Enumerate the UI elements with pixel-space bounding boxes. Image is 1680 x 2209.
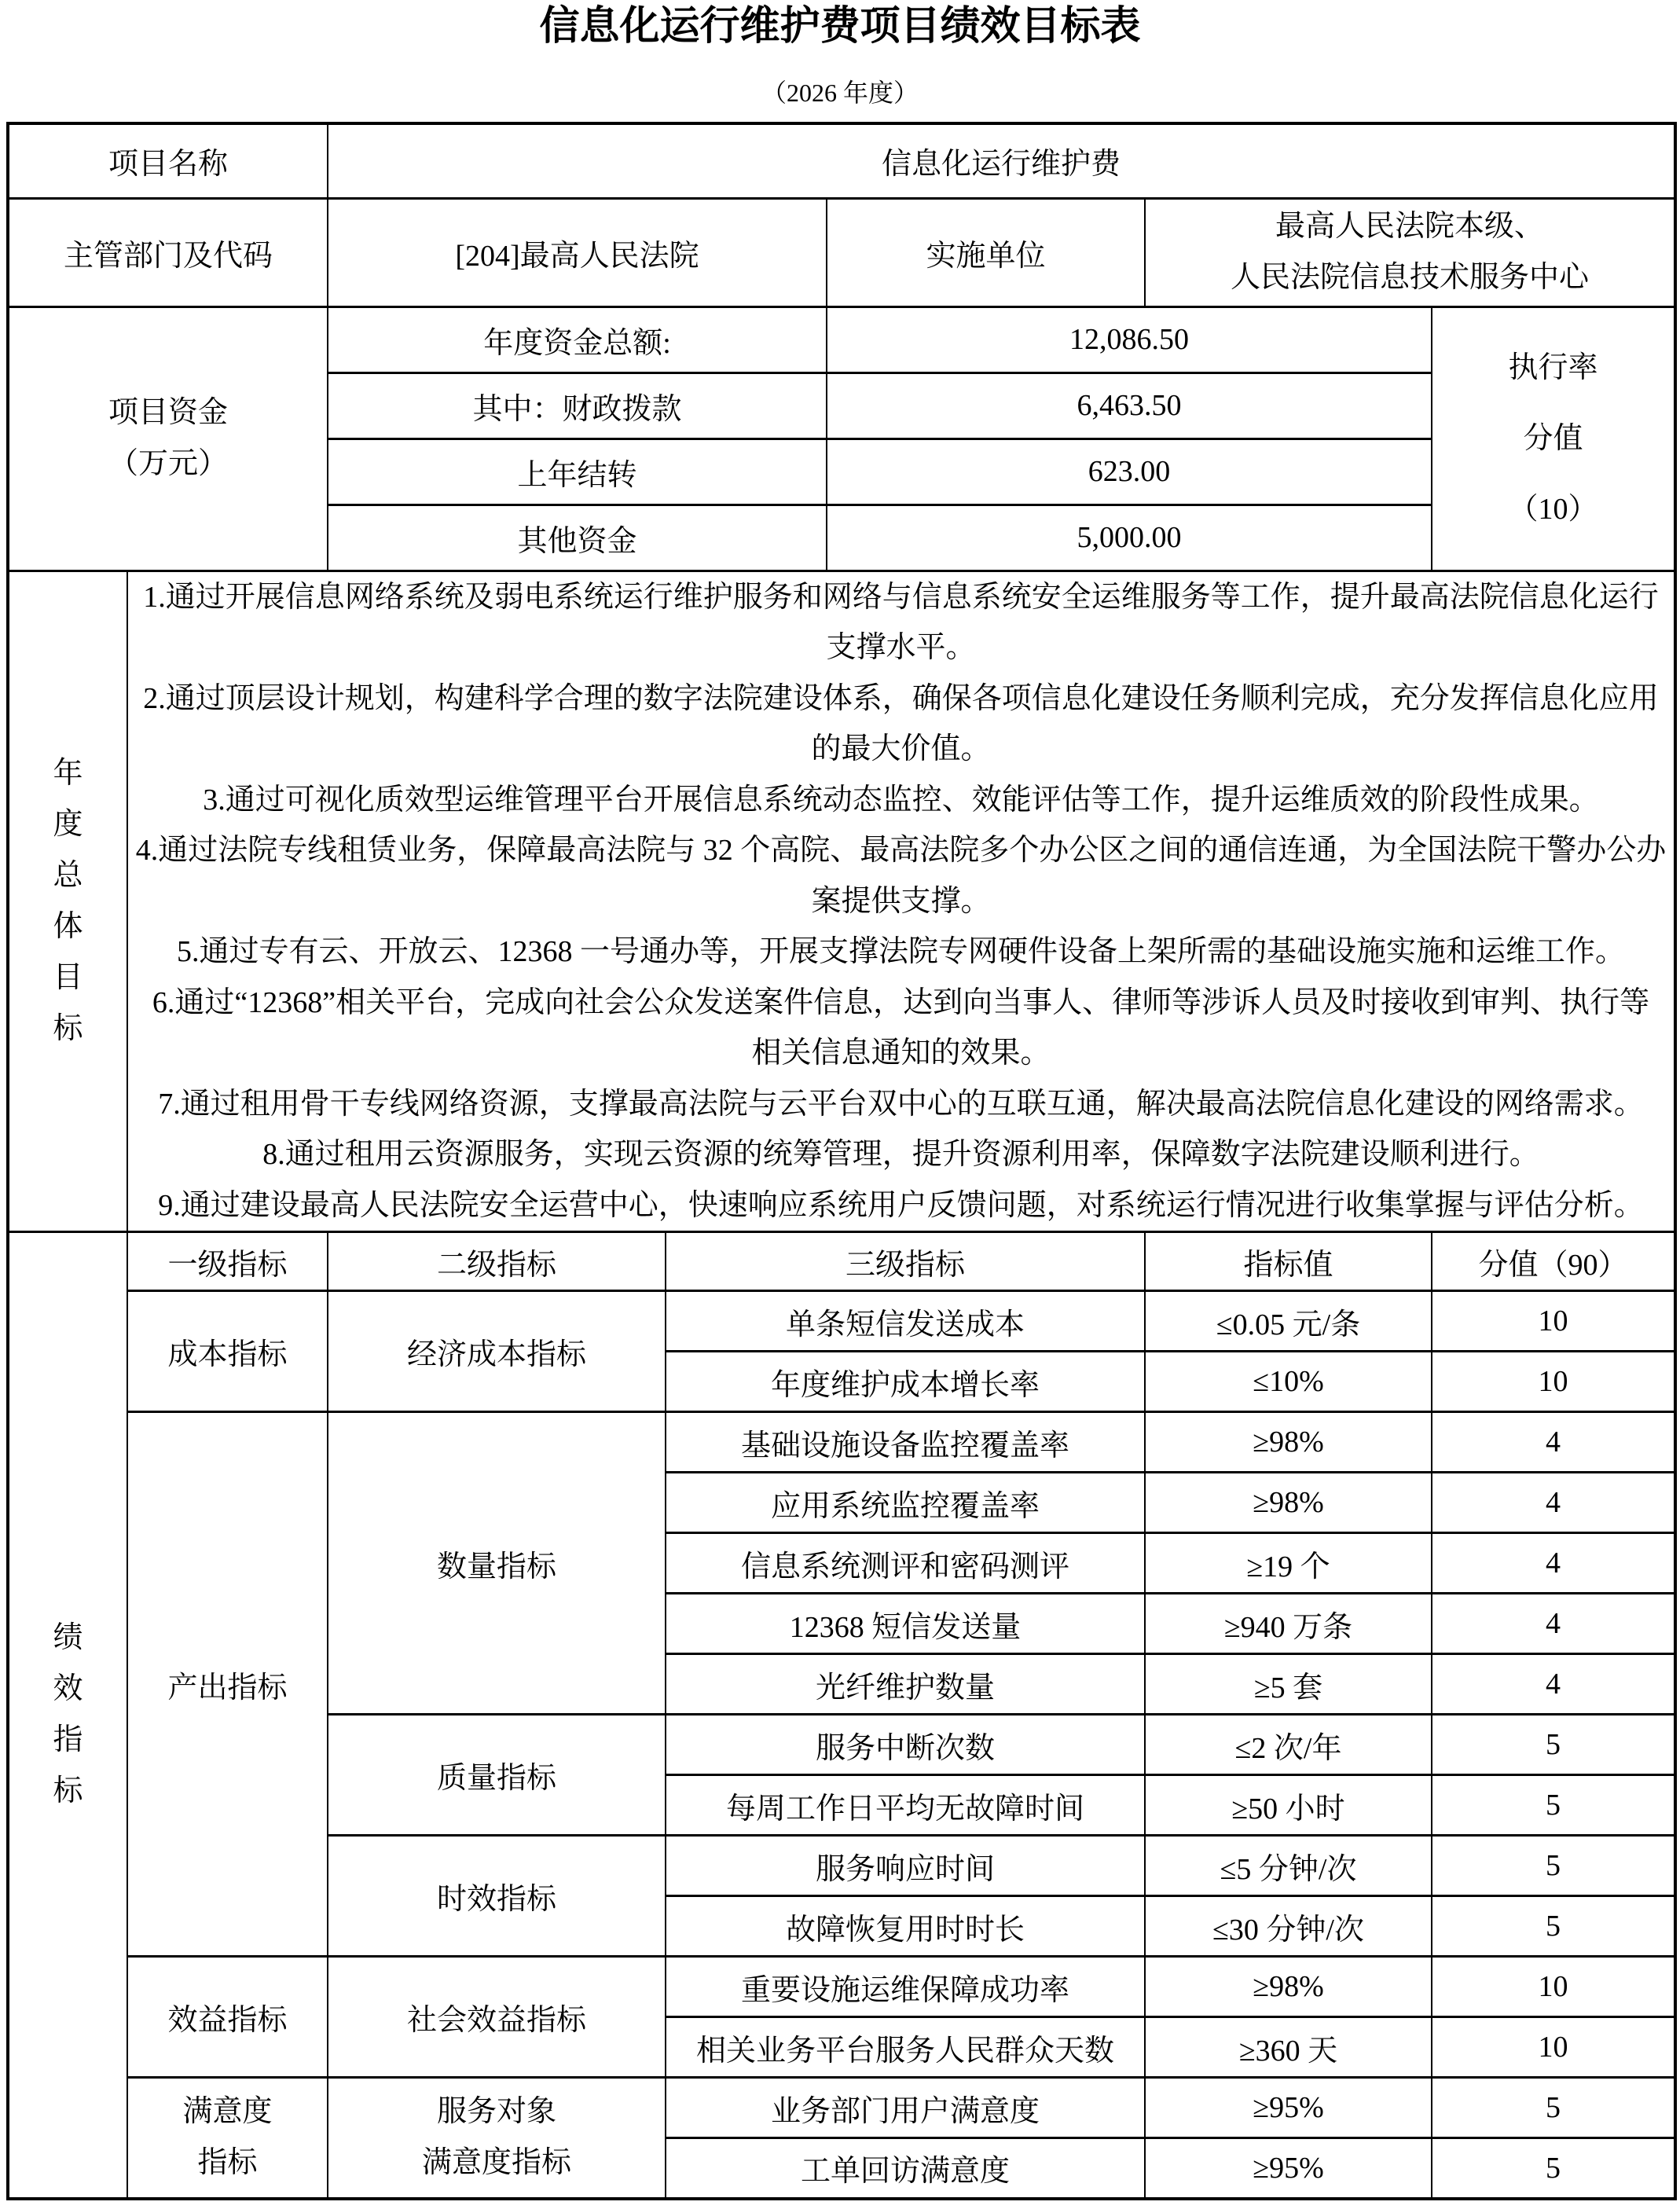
indicator-score-cell: 10 xyxy=(1432,1291,1675,1352)
indicator-value-cell: ≥98% xyxy=(1145,1412,1432,1473)
indicator-score-cell: 4 xyxy=(1432,1473,1675,1533)
level2-indicator-cell: 数量指标 xyxy=(328,1412,666,1715)
level2-indicator-cell: 质量指标 xyxy=(328,1715,666,1836)
indicator-score-cell: 4 xyxy=(1432,1412,1675,1473)
project-name-row: 项目名称 信息化运行维护费 xyxy=(8,123,1675,198)
fund-value-cell: 6,463.50 xyxy=(827,372,1432,438)
level1-indicator-cell: 成本指标 xyxy=(127,1291,328,1412)
indicator-header-row: 绩 效 指 标 一级指标 二级指标 三级指标 指标值 分值（90） xyxy=(8,1232,1675,1291)
fund-value-cell: 623.00 xyxy=(827,438,1432,505)
indicator-value-cell: ≥19 个 xyxy=(1145,1533,1432,1594)
level3-indicator-cell: 相关业务平台服务人民群众天数 xyxy=(666,2017,1145,2078)
fund-value-cell: 12,086.50 xyxy=(827,306,1432,372)
indicator-score-cell: 5 xyxy=(1432,2078,1675,2138)
indicator-value-cell: ≤0.05 元/条 xyxy=(1145,1291,1432,1352)
indicator-score-cell: 4 xyxy=(1432,1533,1675,1594)
fund-label-cell: 其中：财政拨款 xyxy=(328,372,827,438)
annual-objectives-text: 1.通过开展信息网络系统及弱电系统运行维护服务和网络与信息系统安全运维服务等工作… xyxy=(127,571,1675,1232)
implementing-unit-value: 最高人民法院本级、 人民法院信息技术服务中心 xyxy=(1145,198,1675,306)
performance-indicators-label: 绩 效 指 标 xyxy=(8,1232,127,2199)
header-score: 分值（90） xyxy=(1432,1232,1675,1291)
header-level1: 一级指标 xyxy=(127,1232,328,1291)
project-funds-label: 项目资金 （万元） xyxy=(8,306,328,571)
level2-indicator-cell: 社会效益指标 xyxy=(328,1957,666,2078)
indicator-value-cell: ≥360 天 xyxy=(1145,2017,1432,2078)
level3-indicator-cell: 应用系统监控覆盖率 xyxy=(666,1473,1145,1533)
indicator-value-cell: ≤10% xyxy=(1145,1352,1432,1412)
fund-label-cell: 上年结转 xyxy=(328,438,827,505)
project-name-label: 项目名称 xyxy=(8,123,328,198)
fund-row: 项目资金 （万元） 年度资金总额: 12,086.50 执行率 分值 （10） xyxy=(8,306,1675,372)
annual-objectives-label: 年 度 总 体 目 标 xyxy=(8,571,127,1232)
page-title: 信息化运行维护费项目绩效目标表 xyxy=(0,0,1680,47)
indicator-score-cell: 10 xyxy=(1432,2017,1675,2078)
indicator-score-cell: 10 xyxy=(1432,1352,1675,1412)
indicator-score-cell: 5 xyxy=(1432,2138,1675,2199)
indicator-score-cell: 4 xyxy=(1432,1594,1675,1654)
indicator-value-cell: ≤5 分钟/次 xyxy=(1145,1836,1432,1896)
level3-indicator-cell: 服务响应时间 xyxy=(666,1836,1145,1896)
performance-target-table: 项目名称 信息化运行维护费 主管部门及代码 [204]最高人民法院 实施单位 最… xyxy=(6,122,1677,2200)
level3-indicator-cell: 故障恢复用时时长 xyxy=(666,1896,1145,1957)
level1-indicator-cell: 产出指标 xyxy=(127,1412,328,1957)
level3-indicator-cell: 重要设施运维保障成功率 xyxy=(666,1957,1145,2017)
indicator-value-cell: ≤2 次/年 xyxy=(1145,1715,1432,1775)
execution-rate-score-label: 执行率 分值 （10） xyxy=(1432,306,1675,571)
indicator-value-cell: ≥50 小时 xyxy=(1145,1775,1432,1836)
level2-indicator-cell: 服务对象 满意度指标 xyxy=(328,2078,666,2199)
level1-indicator-cell: 效益指标 xyxy=(127,1957,328,2078)
indicator-value-cell: ≥940 万条 xyxy=(1145,1594,1432,1654)
level2-indicator-cell: 经济成本指标 xyxy=(328,1291,666,1412)
indicator-score-cell: 5 xyxy=(1432,1715,1675,1775)
indicator-score-cell: 4 xyxy=(1432,1654,1675,1715)
department-label: 主管部门及代码 xyxy=(8,198,328,306)
indicator-value-cell: ≥98% xyxy=(1145,1473,1432,1533)
indicator-value-cell: ≤30 分钟/次 xyxy=(1145,1896,1432,1957)
header-level2: 二级指标 xyxy=(328,1232,666,1291)
department-row: 主管部门及代码 [204]最高人民法院 实施单位 最高人民法院本级、 人民法院信… xyxy=(8,198,1675,306)
document-page: 信息化运行维护费项目绩效目标表 （2026 年度） 项目名称 信息化运行维护费 … xyxy=(0,0,1680,2209)
level3-indicator-cell: 服务中断次数 xyxy=(666,1715,1145,1775)
level3-indicator-cell: 每周工作日平均无故障时间 xyxy=(666,1775,1145,1836)
indicator-score-cell: 5 xyxy=(1432,1896,1675,1957)
fund-label-cell: 其他资金 xyxy=(328,505,827,571)
level3-indicator-cell: 信息系统测评和密码测评 xyxy=(666,1533,1145,1594)
fund-label-cell: 年度资金总额: xyxy=(328,306,827,372)
level1-indicator-cell: 满意度 指标 xyxy=(127,2078,328,2199)
indicator-score-cell: 5 xyxy=(1432,1836,1675,1896)
level3-indicator-cell: 12368 短信发送量 xyxy=(666,1594,1145,1654)
indicator-value-cell: ≥5 套 xyxy=(1145,1654,1432,1715)
indicator-row: 产出指标 数量指标 基础设施设备监控覆盖率 ≥98% 4 xyxy=(8,1412,1675,1473)
annual-objectives-row: 年 度 总 体 目 标 1.通过开展信息网络系统及弱电系统运行维护服务和网络与信… xyxy=(8,571,1675,1232)
indicator-value-cell: ≥98% xyxy=(1145,1957,1432,2017)
indicator-score-cell: 5 xyxy=(1432,1775,1675,1836)
header-level3: 三级指标 xyxy=(666,1232,1145,1291)
indicator-value-cell: ≥95% xyxy=(1145,2138,1432,2199)
level3-indicator-cell: 业务部门用户满意度 xyxy=(666,2078,1145,2138)
level3-indicator-cell: 基础设施设备监控覆盖率 xyxy=(666,1412,1145,1473)
indicator-row: 效益指标 社会效益指标 重要设施运维保障成功率 ≥98% 10 xyxy=(8,1957,1675,2017)
department-value: [204]最高人民法院 xyxy=(328,198,827,306)
project-name-value: 信息化运行维护费 xyxy=(328,123,1675,198)
indicator-row: 成本指标 经济成本指标 单条短信发送成本 ≤0.05 元/条 10 xyxy=(8,1291,1675,1352)
level3-indicator-cell: 单条短信发送成本 xyxy=(666,1291,1145,1352)
level3-indicator-cell: 工单回访满意度 xyxy=(666,2138,1145,2199)
indicator-value-cell: ≥95% xyxy=(1145,2078,1432,2138)
page-subtitle: （2026 年度） xyxy=(0,77,1680,108)
header-target-value: 指标值 xyxy=(1145,1232,1432,1291)
level3-indicator-cell: 年度维护成本增长率 xyxy=(666,1352,1145,1412)
level3-indicator-cell: 光纤维护数量 xyxy=(666,1654,1145,1715)
indicator-score-cell: 10 xyxy=(1432,1957,1675,2017)
indicator-row: 满意度 指标 服务对象 满意度指标 业务部门用户满意度 ≥95% 5 xyxy=(8,2078,1675,2138)
implementing-unit-label: 实施单位 xyxy=(827,198,1145,306)
fund-value-cell: 5,000.00 xyxy=(827,505,1432,571)
level2-indicator-cell: 时效指标 xyxy=(328,1836,666,1957)
